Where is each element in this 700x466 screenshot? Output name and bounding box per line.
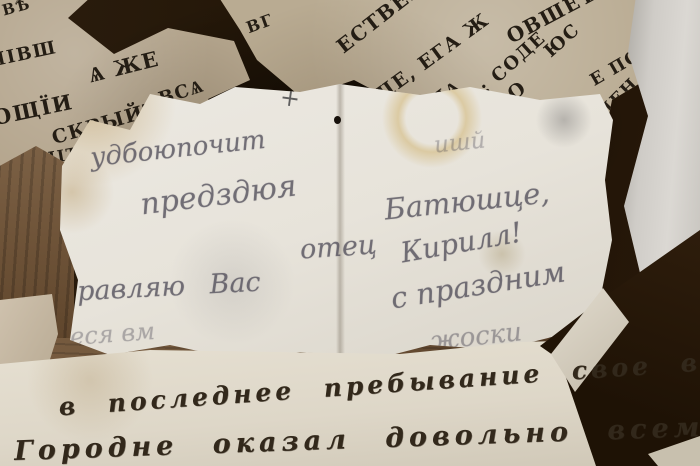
pencil-line-1-left: удбоюпочит — [89, 125, 267, 173]
pencil-line-1-right: ишй — [433, 127, 487, 158]
pencil-line-2-left: предздюя — [138, 169, 298, 223]
printed-word: ВГ — [244, 10, 276, 37]
pencil-line-3-left: отец — [299, 229, 378, 265]
pin-hole — [334, 116, 341, 124]
printed-word: НІВШ — [0, 37, 59, 72]
printed-word: ВѢ — [0, 0, 33, 19]
printed-word: Ѧ ЖЕ — [86, 46, 162, 89]
pencil-note-paper: + удбоюпочит ишй предздюя Батюшце, отец … — [52, 82, 618, 364]
pencil-line-3-right: Кирилл! — [398, 216, 524, 270]
printed-word: ЕСТВЕН — [332, 0, 430, 58]
photo-of-torn-papers: ВѢ НІВШ Ѧ ЖЕ ЮЩЇИ СКРЫЙТЕ ВСѦ ВО ВСѦ ОБН… — [0, 0, 700, 466]
pencil-line-4-left: дравляю Вас — [59, 267, 261, 308]
pencil-line-2-right: Батюшце, — [383, 175, 551, 226]
